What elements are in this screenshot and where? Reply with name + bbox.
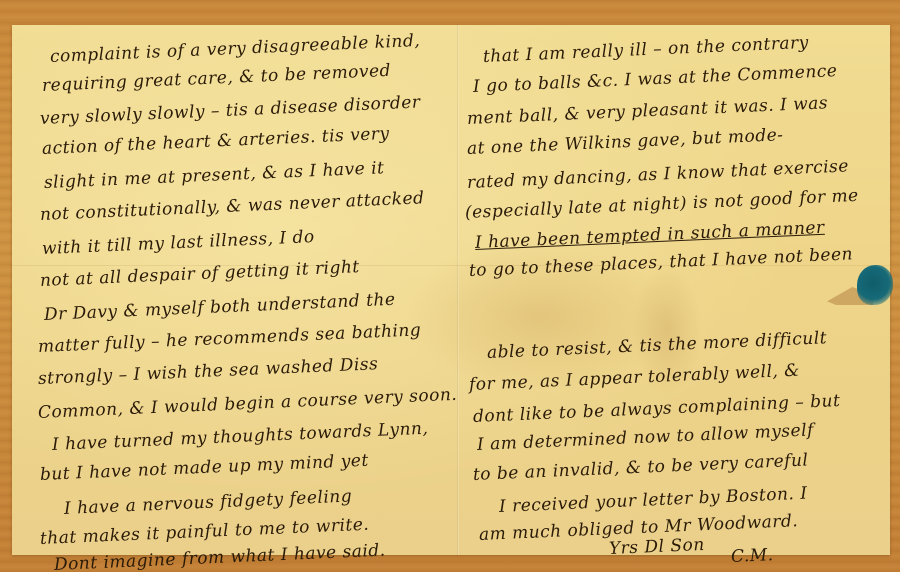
handwritten-line: I have turned my thoughts towards Lynn,	[52, 419, 429, 455]
signature-closing: Yrs Dl Son	[609, 535, 706, 559]
handwritten-line: rated my dancing, as I know that exercis…	[467, 156, 850, 193]
handwritten-line: slight in me at present, & as I have it	[44, 158, 385, 193]
handwritten-line: Dr Davy & myself both understand the	[44, 290, 396, 325]
handwritten-line: I have a nervous fidgety feeling	[64, 486, 353, 519]
handwritten-line: Common, & I would begin a course very so…	[38, 385, 458, 423]
handwritten-line: but I have not made up my mind yet	[40, 451, 370, 485]
handwritten-line: at one the Wilkins gave, but mode-	[467, 125, 784, 159]
handwritten-line: I go to balls &c. I was at the Commence	[473, 61, 838, 97]
blue-ink-stain	[857, 265, 893, 305]
handwritten-line: action of the heart & arteries. tis very	[42, 124, 390, 159]
handwritten-line: ment ball, & very pleasant it was. I was	[467, 93, 829, 129]
handwritten-line: able to resist, & tis the more difficult	[487, 328, 828, 363]
handwritten-line: strongly – I wish the sea washed Diss	[38, 354, 379, 389]
handwritten-line: (especially late at night) is not good f…	[465, 186, 860, 223]
handwritten-line: I am determined now to allow myself	[477, 420, 815, 455]
handwritten-line: with it till my last illness, I do	[42, 227, 315, 259]
letter-paper: complaint is of a very disagreeable kind…	[12, 25, 890, 555]
handwritten-line: not constitutionally, & was never attack…	[40, 188, 425, 225]
handwritten-line: that I am really ill – on the contrary	[483, 33, 810, 67]
handwritten-line: very slowly slowly – tis a disease disor…	[40, 92, 421, 129]
signature-initials: C.M.	[731, 545, 774, 567]
right-page: that I am really ill – on the contrary I…	[459, 25, 890, 555]
handwritten-line: for me, as I appear tolerably well, &	[469, 361, 801, 395]
handwritten-line: matter fully – he recommends sea bathing	[38, 320, 422, 357]
handwritten-line: not at all despair of getting it right	[40, 257, 361, 291]
handwritten-line: to be an invalid, & to be very careful	[473, 450, 809, 485]
handwritten-line: requiring great care, & to be removed	[42, 61, 392, 96]
left-page: complaint is of a very disagreeable kind…	[12, 25, 457, 555]
